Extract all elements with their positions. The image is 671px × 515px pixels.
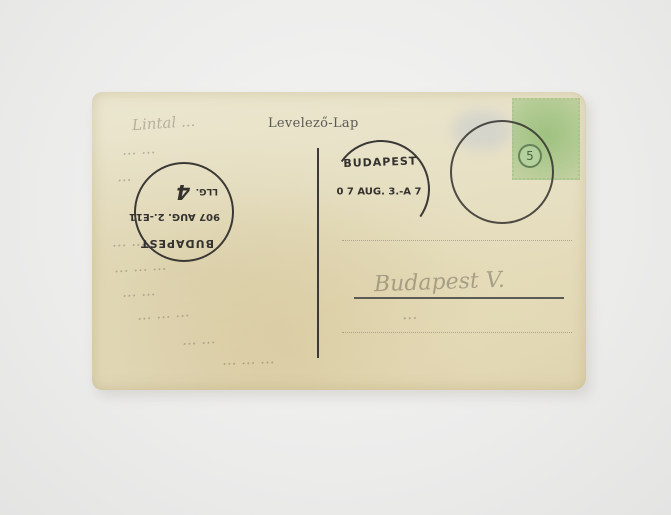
postmark-city: BUDAPEST [343, 154, 417, 170]
address-line [342, 332, 572, 333]
address-line [354, 297, 564, 299]
postmark-city: BUDAPEST [140, 237, 214, 250]
postmark-number: 4 [176, 180, 190, 204]
handwriting-line: Lintal ... [131, 112, 195, 134]
handwriting-line: ... ... ... [114, 256, 167, 277]
handwriting-line: ... ... ... [222, 349, 275, 369]
left-postmark: BUDAPEST 907 AUG. 2.-E11 4 LLG. [134, 162, 234, 262]
address-line [342, 240, 572, 241]
postmark-date: 0 7 AUG. 3.-A 7 [336, 186, 421, 197]
postcard: Lintal ... ... ... ... ... ... ... ... .… [92, 92, 586, 390]
center-divider [317, 148, 319, 358]
handwriting-line: ... ... [122, 139, 156, 159]
postmark-date: 907 AUG. 2.-E11 [129, 211, 220, 222]
handwriting-line: ... ... [182, 329, 216, 349]
address-handwriting: Budapest V. [374, 268, 506, 298]
handwriting-line: ... ... [122, 281, 156, 301]
postmark-code: LLG. [196, 186, 218, 196]
handwriting-line: ... [117, 167, 132, 186]
handwriting-line: ... ... ... [136, 302, 190, 324]
right-postmark: BUDAPEST 0 7 AUG. 3.-A 7 [324, 132, 438, 246]
postcard-title: Levelező-Lap [268, 116, 359, 131]
address-handwriting: ... [402, 304, 418, 324]
stamp-cancel-postmark [450, 120, 554, 224]
